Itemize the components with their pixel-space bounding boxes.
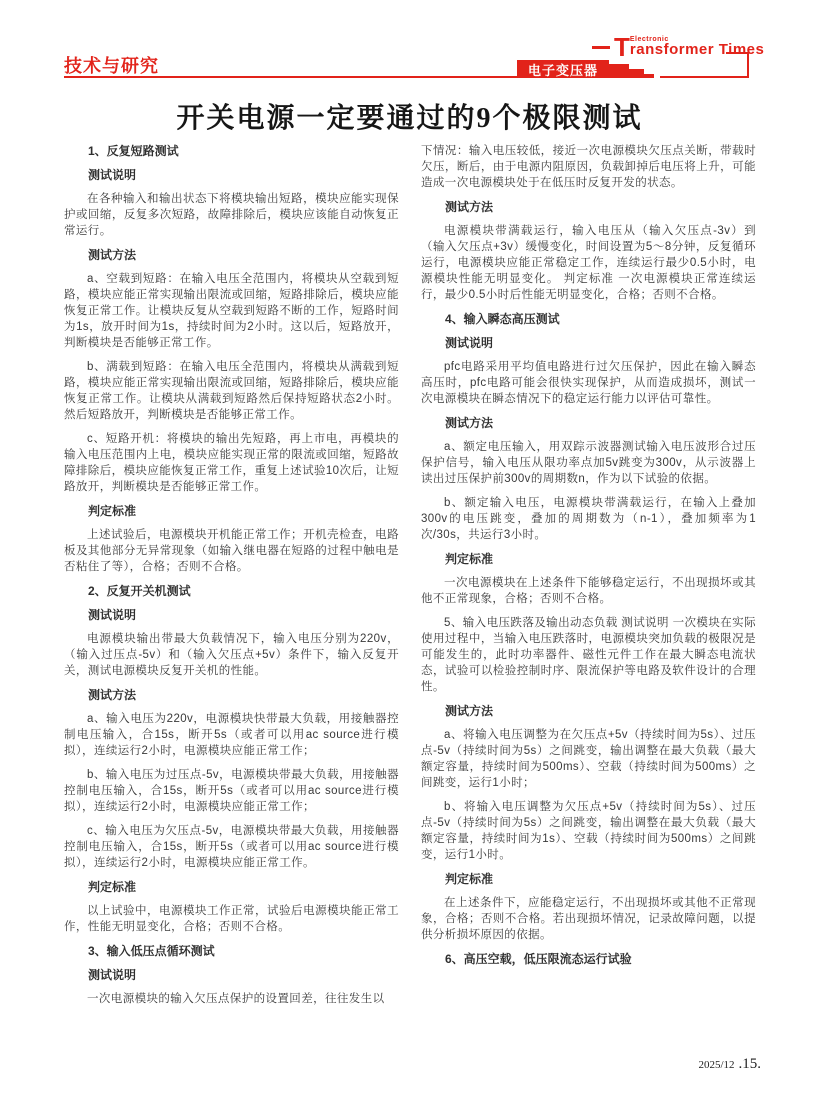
journal-logo: T Electronic ransformer Times: [592, 36, 764, 57]
paragraph: 在上述条件下，应能稳定运行，不出现损坏或其他不正常现象，合格；否则不合格。若出现…: [421, 895, 756, 943]
journal-name-badge: 电子变压器: [517, 60, 609, 78]
paragraph: b、额定输入电压，电源模块带满载运行，在输入上叠加300v的电压跳变，叠加的周期…: [421, 495, 756, 543]
paragraph: c、短路开机：将模块的输出先短路，再上市电，再模块的输入电压范围内上电，模块应能…: [64, 431, 399, 495]
section-heading: 1、反复短路测试: [64, 143, 399, 159]
paragraph: a、将输入电压调整为在欠压点+5v（持续时间为5s）、过压点-5v（持续时间为5…: [421, 727, 756, 791]
paragraph: a、空载到短路：在输入电压全范围内，将模块从空载到短路，模块应能正常实现输出限流…: [64, 271, 399, 351]
page-number: .15.: [739, 1056, 762, 1072]
sub-heading: 测试方法: [64, 247, 399, 263]
paragraph: 上述试验后，电源模块开机能正常工作；开机壳检查，电路板及其他部分无异常现象（如输…: [64, 527, 399, 575]
paragraph: 5、输入电压跌落及输出动态负载 测试说明 一次模块在实际使用过程中，当输入电压跌…: [421, 615, 756, 695]
sub-heading: 判定标准: [421, 551, 756, 567]
right-column: 下情况：输入电压较低，接近一次电源模块欠压点关断，带载时欠压，断后，由于电源内阻…: [421, 143, 756, 1015]
header-rule-left: [64, 76, 517, 78]
sub-heading: 判定标准: [64, 503, 399, 519]
paragraph: c、输入电压为欠压点-5v，电源模块带最大负载，用接触器控制电压输入，合15s，…: [64, 823, 399, 871]
sub-heading: 测试方法: [64, 687, 399, 703]
paragraph-continuation: 下情况：输入电压较低，接近一次电源模块欠压点关断，带载时欠压，断后，由于电源内阻…: [421, 143, 756, 191]
paragraph: 一次电源模块在上述条件下能够稳定运行，不出现损坏或其他不正常现象，合格；否则不合…: [421, 575, 756, 607]
section-label: 技术与研究: [64, 52, 159, 78]
section-heading: 6、高压空载，低压限流态运行试验: [421, 951, 756, 967]
stair-decoration: [644, 74, 654, 78]
paragraph: a、输入电压为220v，电源模块快带最大负载，用接触器控制电压输入，合15s，断…: [64, 711, 399, 759]
paragraph: a、额定电压输入，用双踪示波器测试输入电压波形合过压保护信号，输入电压从限功率点…: [421, 439, 756, 487]
magazine-page: 技术与研究 电子变压器 T Electronic ransformer Time…: [0, 0, 819, 1111]
paragraph: b、满载到短路：在输入电压全范围内，将模块从满载到短路，模块应能正常实现输出限流…: [64, 359, 399, 423]
sub-heading: 测试说明: [64, 167, 399, 183]
paragraph: 电源模块输出带最大负载情况下，输入电压分别为220v，（输入过压点-5v）和（输…: [64, 631, 399, 679]
sub-heading: 测试方法: [421, 703, 756, 719]
logo-t-initial: T: [614, 37, 630, 57]
left-column: 1、反复短路测试测试说明在各种输入和输出状态下将模块输出短路，模块应能实现保护或…: [64, 143, 399, 1015]
issue-date: 2025/12: [698, 1059, 734, 1071]
sub-heading: 判定标准: [421, 871, 756, 887]
sub-heading: 测试方法: [421, 199, 756, 215]
paragraph: b、输入电压为过压点-5v，电源模块带最大负载，用接触器控制电压输入，合15s，…: [64, 767, 399, 815]
paragraph: 在各种输入和输出状态下将模块输出短路，模块应能实现保护或回缩，反复多次短路，故障…: [64, 191, 399, 239]
sub-heading: 测试说明: [64, 967, 399, 983]
logo-dash-left: [592, 46, 610, 49]
masthead: 技术与研究 电子变压器 T Electronic ransformer Time…: [0, 0, 819, 95]
paragraph: b、将输入电压调整为欠压点+5v（持续时间为5s）、过压点-5v（持续时间为5s…: [421, 799, 756, 863]
article-body: 1、反复短路测试测试说明在各种输入和输出状态下将模块输出短路，模块应能实现保护或…: [64, 143, 756, 1015]
paragraph: pfc电路采用平均值电路进行过欠压保护，因此在输入瞬态高压时，pfc电路可能会很…: [421, 359, 756, 407]
stair-decoration: [629, 69, 644, 78]
section-heading: 4、输入瞬态高压测试: [421, 311, 756, 327]
stair-decoration: [609, 64, 629, 78]
section-heading: 2、反复开关机测试: [64, 583, 399, 599]
page-folio: 2025/12 .15.: [698, 1055, 761, 1073]
section-heading: 3、输入低压点循环测试: [64, 943, 399, 959]
article-title: 开关电源一定要通过的9个极限测试: [0, 96, 819, 136]
sub-heading: 判定标准: [64, 879, 399, 895]
paragraph: 电源模块带满载运行，输入电压从（输入欠压点-3v）到（输入欠压点+3v）缓慢变化…: [421, 223, 756, 303]
paragraph: 以上试验中，电源模块工作正常，试验后电源模块能正常工作，性能无明显变化，合格；否…: [64, 903, 399, 935]
paragraph: 一次电源模块的输入欠压点保护的设置回差，往往发生以: [64, 991, 399, 1007]
logo-title-text: ransformer Times: [630, 43, 764, 57]
sub-heading: 测试方法: [421, 415, 756, 431]
sub-heading: 测试说明: [421, 335, 756, 351]
sub-heading: 测试说明: [64, 607, 399, 623]
